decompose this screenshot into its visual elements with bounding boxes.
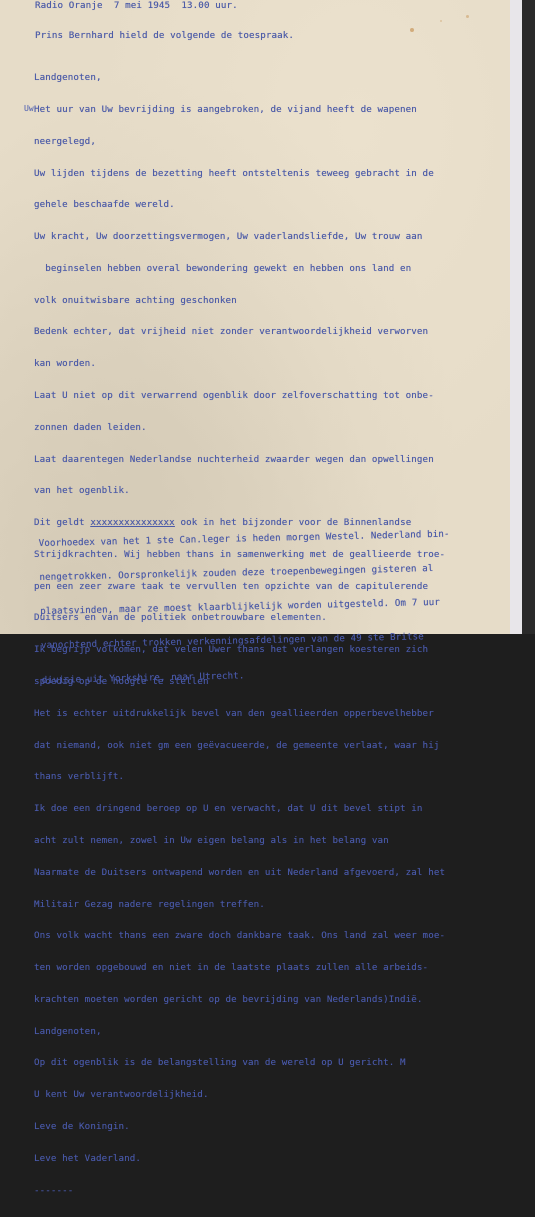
document-page: Radio Oranje 7 mei 1945 13.00 uur. Prins…: [0, 0, 510, 634]
paper-stain: [466, 15, 469, 18]
speech-line: zonnen daden leiden.: [34, 423, 445, 434]
news-line: plaatsvinden, maar ze moest klaarblijkel…: [40, 597, 451, 618]
page-edge: [510, 0, 522, 634]
speech-line: volk onuitwisbare achting geschonken: [34, 296, 445, 307]
speech-line: neergelegd,: [34, 137, 445, 148]
news-line: Voorhoedex van het 1 ste Can.leger is he…: [39, 528, 450, 549]
speech-line: Laat daarentegen Nederlandse nuchterheid…: [34, 455, 445, 466]
paper-stain: [410, 28, 414, 32]
news-paragraph: Voorhoedex van het 1 ste Can.leger is he…: [38, 506, 453, 634]
margin-note: Uw: [24, 104, 34, 115]
speech-line: Bedenk echter, dat vrijheid niet zonder …: [34, 327, 445, 338]
broadcast-header: Radio Oranje 7 mei 1945 13.00 uur.: [35, 1, 238, 12]
speech-line: Uw kracht, Uw doorzettingsvermogen, Uw v…: [34, 232, 445, 243]
intro-line: Prins Bernhard hield de volgende de toes…: [35, 31, 294, 42]
speech-line: Laat U niet op dit verwarrend ogenblik d…: [34, 391, 445, 402]
speech-line: van het ogenblik.: [34, 486, 445, 497]
news-line: nengetrokken. Oorspronkelijk zouden deze…: [39, 563, 450, 584]
speech-line: kan worden.: [34, 359, 445, 370]
speech-line: gehele beschaafde wereld.: [34, 200, 445, 211]
paper-stain: [440, 20, 442, 22]
speech-line: Het uur van Uw bevrijding is aangebroken…: [34, 105, 445, 116]
scanner-border: [522, 0, 535, 634]
speech-line: Landgenoten,: [34, 73, 445, 84]
speech-line: beginselen hebben overal bewondering gew…: [34, 264, 445, 275]
speech-line: Uw lijden tijdens de bezetting heeft ont…: [34, 169, 445, 180]
